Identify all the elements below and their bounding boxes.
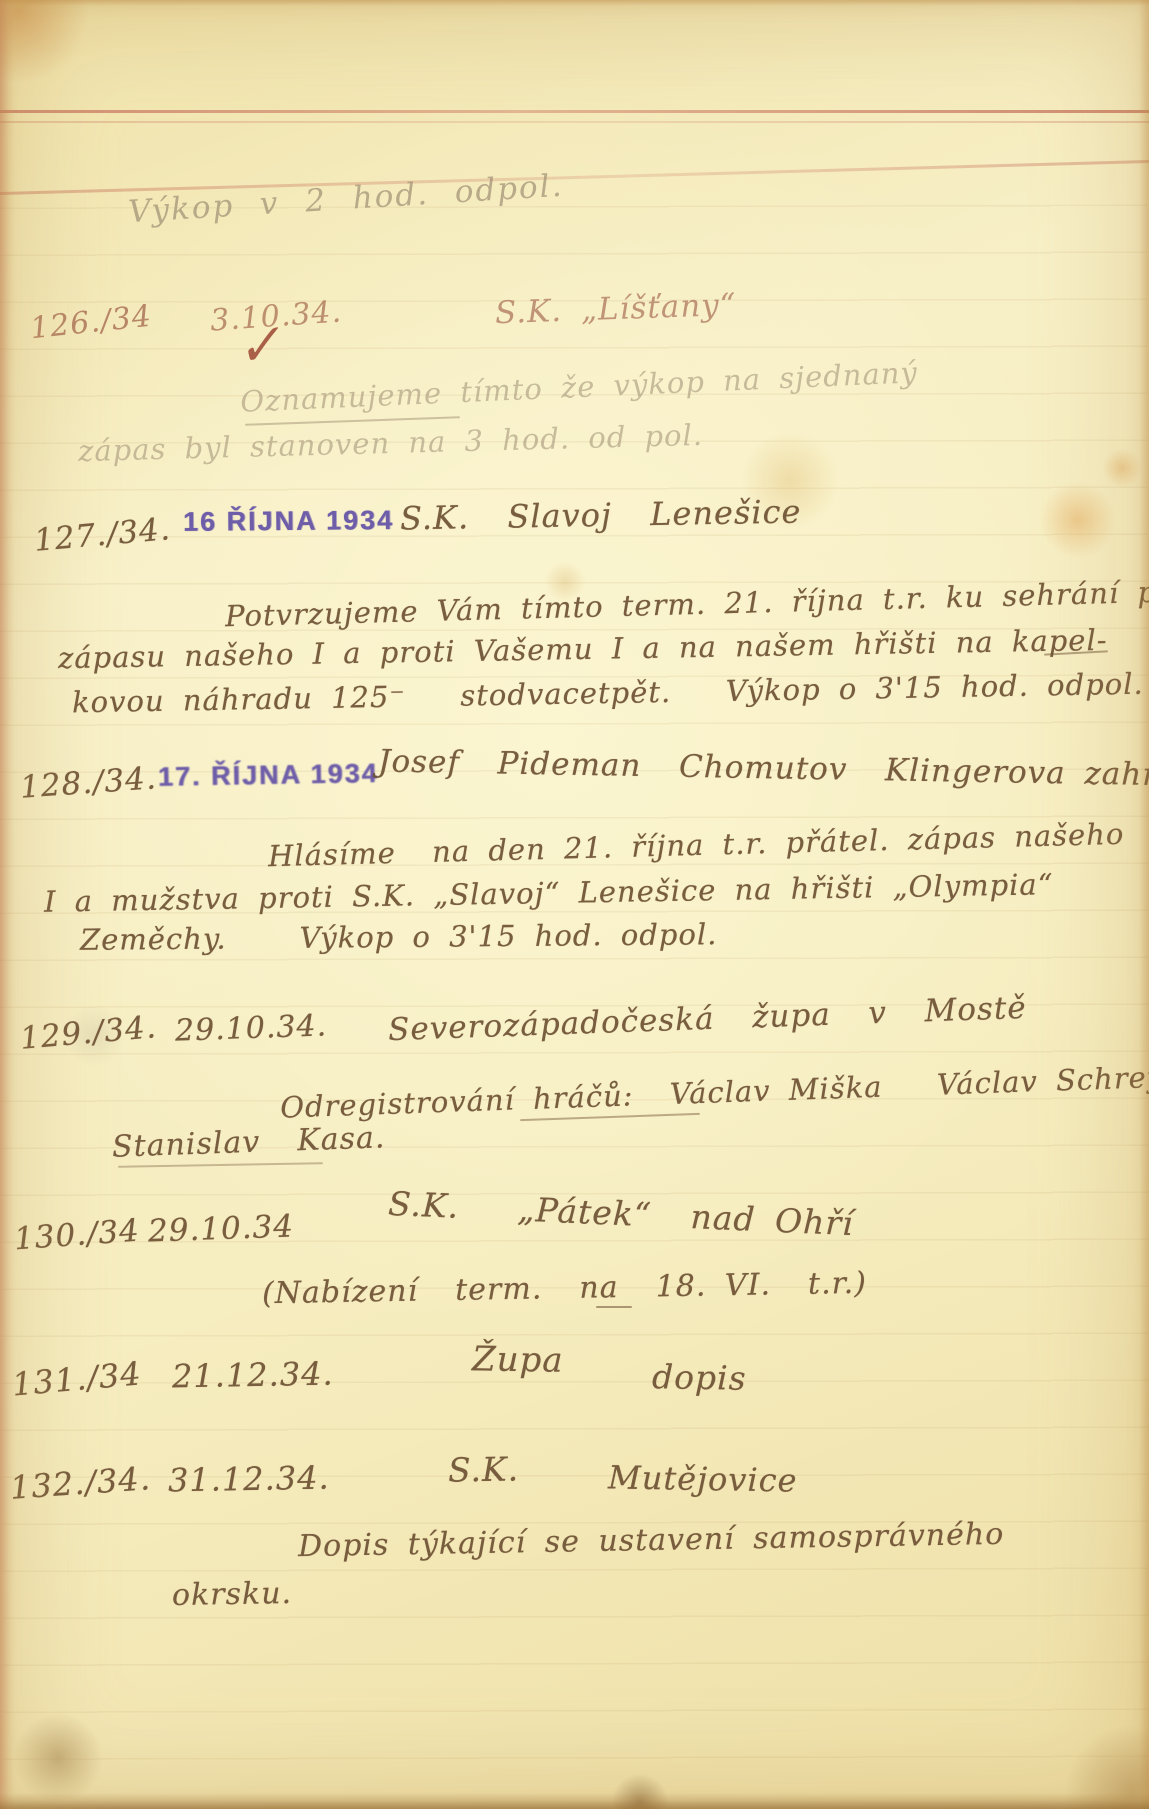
entry-129-number: 129./34.: [19, 1010, 158, 1056]
entry-130-body-line-1: (Nabízení term. na 18. VI. t.r.): [262, 1267, 867, 1311]
entry-126-date: 3.10.34.: [209, 295, 343, 337]
entry-129-body-line-2: Stanislav Kasa.: [112, 1121, 386, 1164]
paper-edge-bottom: [0, 1793, 1149, 1809]
entry-126-title: S.K. „Líšťany“: [494, 288, 737, 331]
entry-128-number: 128./34.: [19, 761, 158, 805]
entry-130-date: 29.10.34: [147, 1209, 294, 1248]
entry-131-title-word-2: dopis: [652, 1359, 747, 1397]
entry-129-body-line-1: Odregistrování hráčů: Václav Miška Václa…: [280, 1059, 1149, 1124]
entry-131-date: 21.12.34.: [172, 1357, 334, 1395]
entry-127-number: 127./34.: [33, 512, 172, 558]
date-stamp-17-rijna-1934: 17. ŘÍJNA 1934: [158, 758, 379, 793]
entry-128-body-line-2: I a mužstva proti S.K. „Slavoj“ Lenešice…: [44, 869, 1054, 919]
entry-128-title: Josef Pideman Chomutov Klingerova zahr. …: [378, 744, 1149, 793]
entry-130-number: 130./34: [13, 1214, 141, 1257]
entry-132-date: 31.12.34.: [168, 1461, 330, 1499]
entry-132-body-line-2: okrsku.: [172, 1577, 293, 1612]
pencil-note-kickoff-time: Výkop v 2 hod. odpol.: [127, 169, 564, 230]
paper-edge-left: [0, 0, 14, 1809]
scanned-ledger-page: Výkop v 2 hod. odpol. 126./34 ✓ 3.10.34.…: [0, 0, 1149, 1809]
entry-130-title: S.K. „Pátek“ nad Ohří: [387, 1186, 854, 1243]
entry-131-title: Župa: [472, 1341, 564, 1380]
entry-127-body-line-2: zápasu našeho I a proti Vašemu I a na na…: [58, 625, 1108, 675]
entry-126-number: 126./34: [29, 300, 154, 346]
red-header-rule-3: [0, 159, 1149, 195]
entry-128-body-line-1: Hlásíme na den 21. října t.r. přátel. zá…: [268, 819, 1125, 873]
paper-edge-top: [0, 0, 1149, 6]
entry-129-title: Severozápadočeská župa v Mostě: [388, 991, 1028, 1047]
entry-128-body-line-3: Zeměchy. Výkop o 3'15 hod. odpol.: [80, 919, 718, 956]
entry-132-number: 132./34.: [9, 1461, 152, 1506]
paper-edge-right: [1139, 0, 1149, 1809]
entry-127-body-line-3: kovou náhradu 125⁻ stodvacetpět. Výkop o…: [72, 669, 1144, 720]
entry-127-title: S.K. Slavoj Lenešice: [400, 494, 802, 536]
entry-132-body-line-1: Dopis týkající se ustavení samosprávného: [298, 1518, 1005, 1563]
entry-126-body-line-2: zápas byl stanoven na 3 hod. od pol.: [78, 420, 704, 468]
entry-132-title: S.K.: [448, 1451, 520, 1489]
entry-129-date: 29.10.34.: [174, 1009, 327, 1047]
entry-132-title-word-2: Mutějovice: [608, 1460, 798, 1498]
red-header-rule-1: [0, 110, 1149, 113]
ink-underline-mark-vi: [596, 1306, 632, 1308]
entry-131-number: 131./34: [11, 1356, 143, 1402]
date-stamp-16-rijna-1934: 16 ŘÍJNA 1934: [183, 505, 394, 538]
entry-126-body-line-1: Oznamujeme tímto že výkop na sjednaný: [240, 357, 919, 418]
red-header-rule-2: [0, 121, 1149, 123]
